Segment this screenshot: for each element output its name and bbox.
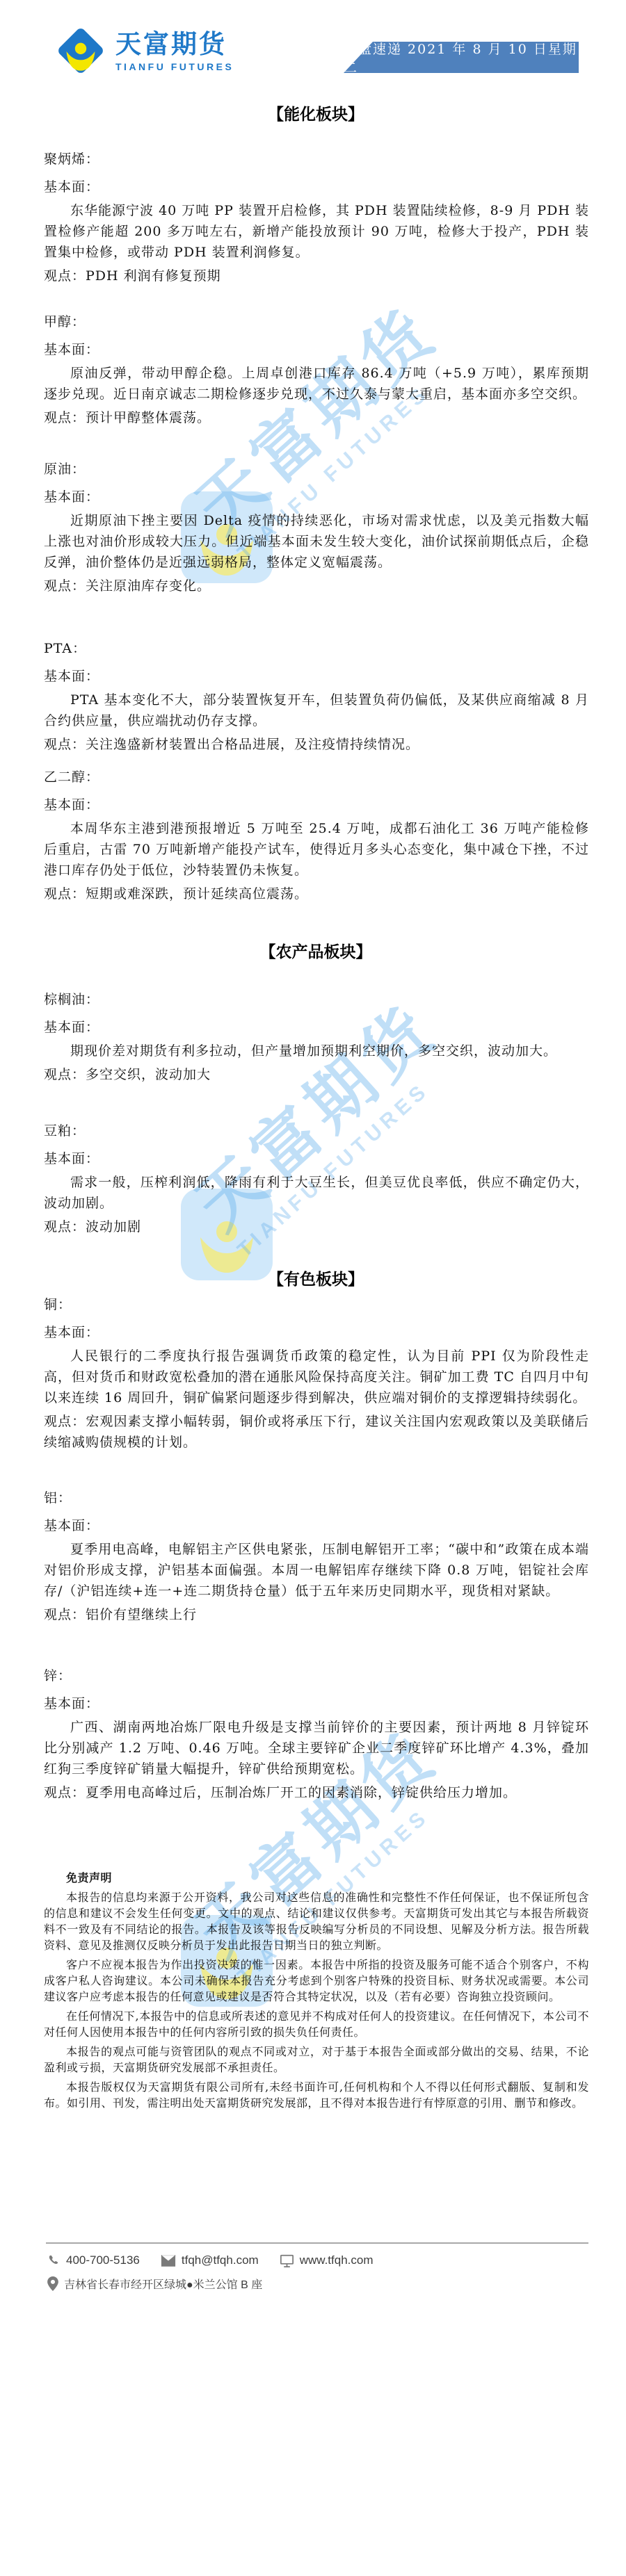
view-line: 观点：关注逸盛新材装置出合格品进展，及注疫情持续情况。 [44,734,589,755]
fundamental-label: 基本面： [44,1693,589,1714]
footer-email-text[interactable]: tfqh@tfqh.com [182,2253,259,2267]
commodity-name: 铜： [44,1294,589,1315]
fundamental-text: 东华能源宁波 40 万吨 PP 装置开启检修，其 PDH 装置陆续检修，8-9 … [44,200,589,263]
view-text: 波动加剧 [86,1219,141,1234]
report-page: 天富期货 TIANFU FUTURES 天富期货 TIANFU FUTURES … [0,0,626,2576]
disclaimer-paragraph: 在任何情况下,本报告中的信息或所表述的意见并不构成对任何人的投资建议。在任何情况… [44,2008,589,2040]
commodity-name: PTA： [44,638,589,659]
view-text: 宏观因素支撑小幅转弱，铜价或将承压下行，建议关注国内宏观政策以及美联储后续缩减购… [44,1414,589,1450]
view-line: 观点：PDH 利润有修复预期 [44,266,589,286]
fundamental-text: 人民银行的二季度执行报告强调货币政策的稳定性，认为目前 PPI 仅为阶段性走高，… [44,1346,589,1408]
fundamental-label: 基本面： [44,487,589,507]
commodity-block-zinc: 锌： 基本面： 广西、湖南两地冶炼厂限电升级是支撑当前锌价的主要因素，预计两地 … [44,1665,589,1803]
fundamental-label: 基本面： [44,794,589,815]
view-label: 观点： [44,1785,86,1800]
commodity-block-pta: PTA： 基本面： PTA 基本变化不大，部分装置恢复开车，但装置负荷仍偏低，及… [44,638,589,755]
disclaimer-paragraph: 本报告版权仅为天富期货有限公司所有,未经书面许可,任何机构和个人不得以任何形式翻… [44,2079,589,2111]
view-text: 短期或难深跌，预计延续高位震荡。 [86,886,308,902]
view-label: 观点： [44,578,86,594]
view-label: 观点： [44,737,86,752]
fundamental-text: 原油反弹，带动甲醇企稳。上周卓创港口库存 86.4 万吨（+5.9 万吨），累库… [44,363,589,405]
company-logo: 天富期货 TIANFU FUTURES [56,25,234,82]
view-line: 观点：夏季用电高峰过后，压制冶炼厂开工的因素消除，锌锭供给压力增加。 [44,1782,589,1803]
fundamental-text: 广西、湖南两地冶炼厂限电升级是支撑当前锌价的主要因素，预计两地 8 月锌锭环比分… [44,1717,589,1779]
disclaimer-paragraph: 本报告的观点可能与资管团队的观点不同或对立，对于基于本报告全面或部分做出的交易、… [44,2044,589,2076]
view-line: 观点：短期或难深跌，预计延续高位震荡。 [44,883,589,904]
monitor-icon [280,2254,294,2267]
footer-contact-row: 400-700-5136 tfqh@tfqh.com www.tfqh.com [47,2253,394,2267]
footer-address: 吉林省长春市经开区绿城●米兰公馆 B 座 [47,2276,262,2292]
commodity-name: 豆粕： [44,1120,589,1141]
footer-email[interactable]: tfqh@tfqh.com [161,2253,259,2267]
fundamental-label: 基本面： [44,1322,589,1343]
view-text: 夏季用电高峰过后，压制冶炼厂开工的因素消除，锌锭供给压力增加。 [86,1785,517,1800]
view-line: 观点：宏观因素支撑小幅转弱，铜价或将承压下行，建议关注国内宏观政策以及美联储后续… [44,1411,589,1453]
tianfu-logo-icon [56,25,106,82]
fundamental-text: PTA 基本变化不大，部分装置恢复开车，但装置负荷仍偏低，及某供应商缩减 8 月… [44,690,589,731]
commodity-name: 锌： [44,1665,589,1686]
view-text: 关注原油库存变化。 [86,578,211,594]
view-line: 观点：预计甲醇整体震荡。 [44,407,589,428]
view-text: 预计甲醇整体震荡。 [86,410,211,425]
footer-phone-text: 400-700-5136 [66,2253,140,2267]
report-date-banner: 收盘速递 2021 年 8 月 10 日星期二 [344,42,579,73]
footer-phone: 400-700-5136 [47,2253,140,2267]
view-label: 观点： [44,1067,86,1082]
view-text: 多空交织，波动加大 [86,1067,211,1082]
commodity-name: 原油： [44,459,589,480]
view-label: 观点： [44,1607,86,1622]
view-label: 观点： [44,410,86,425]
view-line: 观点：多空交织，波动加大 [44,1064,589,1085]
fundamental-label: 基本面： [44,666,589,687]
phone-icon [47,2254,61,2267]
footer-address-text: 吉林省长春市经开区绿城●米兰公馆 B 座 [64,2276,262,2292]
commodity-block-crude-oil: 原油： 基本面： 近期原油下挫主要因 Delta 疫情的持续恶化，市场对需求忧虑… [44,459,589,596]
commodity-name: 铝： [44,1487,589,1508]
commodity-name: 乙二醇： [44,767,589,788]
commodity-name: 棕榈油： [44,989,589,1010]
disclaimer-paragraph: 客户不应视本报告为作出投资决策的惟一因素。本报告中所指的投资及服务可能不适合个别… [44,1957,589,2005]
fundamental-text: 夏季用电高峰，电解铝主产区供电紧张，压制电解铝开工率；“碳中和”政策在成本端对铝… [44,1539,589,1601]
disclaimer-title: 免责声明 [44,1870,589,1886]
view-text: 铝价有望继续上行 [86,1607,197,1622]
view-text: PDH 利润有修复预期 [86,268,221,284]
commodity-name: 聚炳烯： [44,149,589,170]
footer-divider [46,2242,588,2244]
commodity-block-palm-oil: 棕榈油： 基本面： 期现价差对期货有利多拉动，但产量增加预期利空期价，多空交织，… [44,989,589,1085]
fundamental-label: 基本面： [44,177,589,197]
view-line: 观点：铝价有望继续上行 [44,1604,589,1625]
fundamental-text: 近期原油下挫主要因 Delta 疫情的持续恶化，市场对需求忧虑，以及美元指数大幅… [44,510,589,573]
section-title-metals: 【有色板块】 [44,1266,588,1289]
fundamental-label: 基本面： [44,339,589,360]
section-title-agriculture: 【农产品板块】 [44,939,588,962]
commodity-block-meg: 乙二醇： 基本面： 本周华东主港到港预报增近 5 万吨至 25.4 万吨，成都石… [44,767,589,904]
section-title-energy: 【能化板块】 [44,101,588,124]
footer-website[interactable]: www.tfqh.com [280,2253,374,2267]
fundamental-text: 期现价差对期货有利多拉动，但产量增加预期利空期价，多空交织，波动加大。 [44,1041,589,1061]
view-label: 观点： [44,886,86,902]
fundamental-text: 本周华东主港到港预报增近 5 万吨至 25.4 万吨，成都石油化工 36 万吨产… [44,818,589,881]
view-label: 观点： [44,1414,86,1429]
footer-address-row: 吉林省长春市经开区绿城●米兰公馆 B 座 [47,2276,283,2292]
fundamental-label: 基本面： [44,1515,589,1536]
commodity-name: 甲醇： [44,311,589,332]
view-line: 观点：关注原油库存变化。 [44,576,589,596]
commodity-block-pp: 聚炳烯： 基本面： 东华能源宁波 40 万吨 PP 装置开启检修，其 PDH 装… [44,149,589,286]
commodity-block-soybean-meal: 豆粕： 基本面： 需求一般，压榨利润低，降雨有利于大豆生长，但美豆优良率低，供应… [44,1120,589,1237]
commodity-block-copper: 铜： 基本面： 人民银行的二季度执行报告强调货币政策的稳定性，认为目前 PPI … [44,1294,589,1453]
commodity-block-aluminum: 铝： 基本面： 夏季用电高峰，电解铝主产区供电紧张，压制电解铝开工率；“碳中和”… [44,1487,589,1625]
fundamental-label: 基本面： [44,1148,589,1169]
envelope-icon [161,2255,176,2267]
brand-name-cn: 天富期货 [115,31,234,58]
commodity-block-methanol: 甲醇： 基本面： 原油反弹，带动甲醇企稳。上周卓创港口库存 86.4 万吨（+5… [44,311,589,428]
footer-website-text[interactable]: www.tfqh.com [300,2253,374,2267]
disclaimer: 免责声明 本报告的信息均来源于公开资料，我公司对这些信息的准确性和完整性不作任何… [44,1870,589,2114]
view-line: 观点：波动加剧 [44,1216,589,1237]
fundamental-text: 需求一般，压榨利润低，降雨有利于大豆生长，但美豆优良率低，供应不确定仍大，波动加… [44,1172,589,1214]
brand-name-en: TIANFU FUTURES [115,61,234,72]
fundamental-label: 基本面： [44,1017,589,1038]
view-text: 关注逸盛新材装置出合格品进展，及注疫情持续情况。 [86,737,419,752]
view-label: 观点： [44,1219,86,1234]
location-pin-icon [47,2276,58,2291]
view-label: 观点： [44,268,86,284]
disclaimer-paragraph: 本报告的信息均来源于公开资料，我公司对这些信息的准确性和完整性不作任何保证，也不… [44,1889,589,1953]
